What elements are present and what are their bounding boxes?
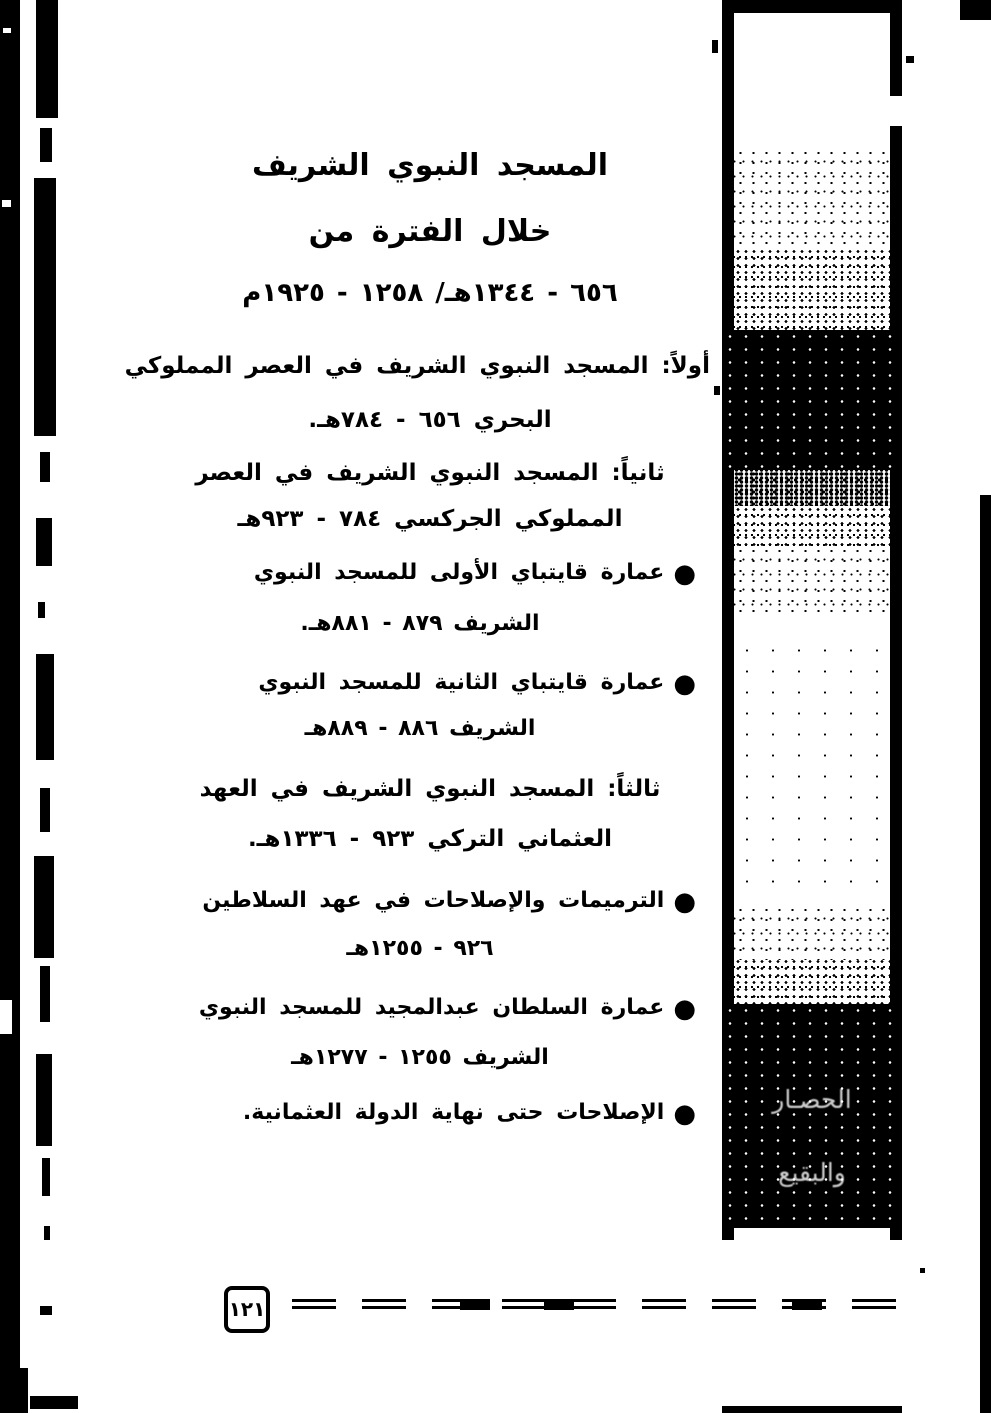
bullet-dot-icon: ● [673, 887, 696, 917]
scan-speck [712, 40, 718, 53]
scan-sliver-right [980, 495, 991, 1413]
scan-gutter-fragment [34, 856, 54, 958]
scan-edge-speck [2, 200, 11, 207]
scan-edge-left-bottom [0, 1368, 28, 1413]
bullet-dot-icon: ● [673, 669, 696, 699]
scan-edge-left [0, 0, 20, 1413]
spine-bottom-bar [722, 1406, 902, 1413]
footer-dash-blob [544, 1299, 574, 1310]
speckle-zone [734, 148, 890, 248]
scan-edge-speck [3, 28, 11, 33]
spine-ghost-text-2: والبقيع [737, 1158, 887, 1187]
scan-gutter-fragment [34, 178, 56, 436]
speckle-zone [734, 546, 890, 616]
footer-dash-blob [792, 1299, 822, 1310]
bullet-qaytbay-second: ●عمارة قايتباي الثانية للمسجد النبوي [150, 669, 696, 699]
bullet-restorations-sultans: ●الترميمات والإصلاحات في عهد السلاطين [150, 887, 696, 917]
title-line-1: المسجد النبوي الشريف [150, 148, 710, 183]
bullet-qaytbay-first-text: عمارة قايتباي الأولى للمسجد النبوي [254, 560, 664, 585]
scan-gutter-fragment [36, 1054, 52, 1146]
title-line-3-dates: ٦٥٦ - ١٣٤٤هـ/ ١٢٥٨ - ١٩٢٥م [150, 278, 710, 308]
scan-gutter-fragment [36, 0, 58, 118]
speckle-zone [734, 905, 890, 960]
spine-dense-block-lower [722, 1004, 902, 1228]
speckle-zone [734, 468, 890, 506]
footer-dash-blob [460, 1299, 490, 1310]
bullet-reforms-end-ottoman: ●الإصلاحات حتى نهاية الدولة العثمانية. [150, 1099, 696, 1129]
bullet-qaytbay-first: ●عمارة قايتباي الأولى للمسجد النبوي [150, 559, 696, 589]
speckle-zone [734, 640, 890, 890]
bullet-restorations-sultans-line-2: ٩٢٦ - ١٢٥٥هـ [160, 936, 680, 961]
bullet-reforms-end-ottoman-text: الإصلاحات حتى نهاية الدولة العثمانية. [243, 1100, 664, 1125]
bullet-qaytbay-second-line-2: الشريف ٨٨٦ - ٨٨٩هـ [160, 716, 680, 741]
scan-speck [906, 56, 914, 63]
scan-speck [920, 1268, 925, 1273]
spine-border-gap [890, 96, 902, 126]
spine-dense-block-upper [722, 330, 902, 470]
scan-gutter-fragment [40, 452, 50, 482]
scan-gutter-fragment [40, 128, 52, 162]
heading-ottoman-line-2: العثماني التركي ٩٢٣ - ١٣٣٦هـ. [150, 826, 710, 852]
bullet-dot-icon: ● [673, 994, 696, 1024]
heading-mamluk-circassian-line-1: ثانياً: المسجد النبوي الشريف في العصر [150, 460, 710, 486]
heading-mamluk-circassian-line-2: المملوكي الجركسي ٧٨٤ - ٩٢٣هـ [150, 506, 710, 532]
heading-mamluk-bahri-line-2: البحري ٦٥٦ - ٧٨٤هـ. [150, 407, 710, 433]
scan-edge-bottom-bar [30, 1396, 78, 1409]
scan-gutter-fragment [38, 602, 45, 618]
bullet-restorations-sultans-text: الترميمات والإصلاحات في عهد السلاطين [202, 888, 664, 913]
bullet-abdulmajid-text: عمارة السلطان عبدالمجيد للمسجد النبوي [199, 995, 664, 1020]
scan-corner-mark [960, 0, 991, 20]
bullet-qaytbay-first-line-2: الشريف ٨٧٩ - ٨٨١هـ. [160, 611, 680, 636]
bullet-qaytbay-second-text: عمارة قايتباي الثانية للمسجد النبوي [258, 670, 664, 695]
scan-speck [714, 386, 720, 395]
scan-gutter-fragment [36, 654, 54, 760]
page-number: ١٢١ [229, 1297, 266, 1321]
scan-gutter-fragment [42, 1158, 50, 1196]
title-line-2: خلال الفترة من [150, 214, 710, 249]
speckle-zone [734, 506, 890, 546]
bullet-abdulmajid: ●عمارة السلطان عبدالمجيد للمسجد النبوي [150, 994, 696, 1024]
heading-mamluk-bahri-line-1: أولاً: المسجد النبوي الشريف في العصر الم… [150, 353, 710, 379]
spine-top-bar [722, 0, 902, 13]
bullet-dot-icon: ● [673, 1099, 696, 1129]
scan-band-right: الحصـار والبقيع [722, 0, 902, 1413]
scan-edge-speck [0, 1000, 12, 1034]
footer-dashed-rule [292, 1299, 908, 1312]
bullet-dot-icon: ● [673, 559, 696, 589]
spine-ghost-text-1: الحصـار [737, 1085, 887, 1114]
scan-gutter-fragment [40, 788, 50, 832]
speckle-zone [734, 958, 890, 1006]
scan-gutter-fragment [44, 1226, 50, 1240]
speckle-zone [734, 248, 890, 333]
scanned-book-page: الحصـار والبقيع المسجد النبوي الشريف خلا… [0, 0, 991, 1413]
page-number-box: ١٢١ [224, 1286, 270, 1333]
scan-speck [40, 1306, 52, 1315]
heading-ottoman-line-1: ثالثاً: المسجد النبوي الشريف في العهد [150, 776, 710, 802]
bullet-abdulmajid-line-2: الشريف ١٢٥٥ - ١٢٧٧هـ [160, 1045, 680, 1070]
scan-gutter-fragment [40, 966, 50, 1022]
scan-gutter-fragment [36, 518, 52, 566]
